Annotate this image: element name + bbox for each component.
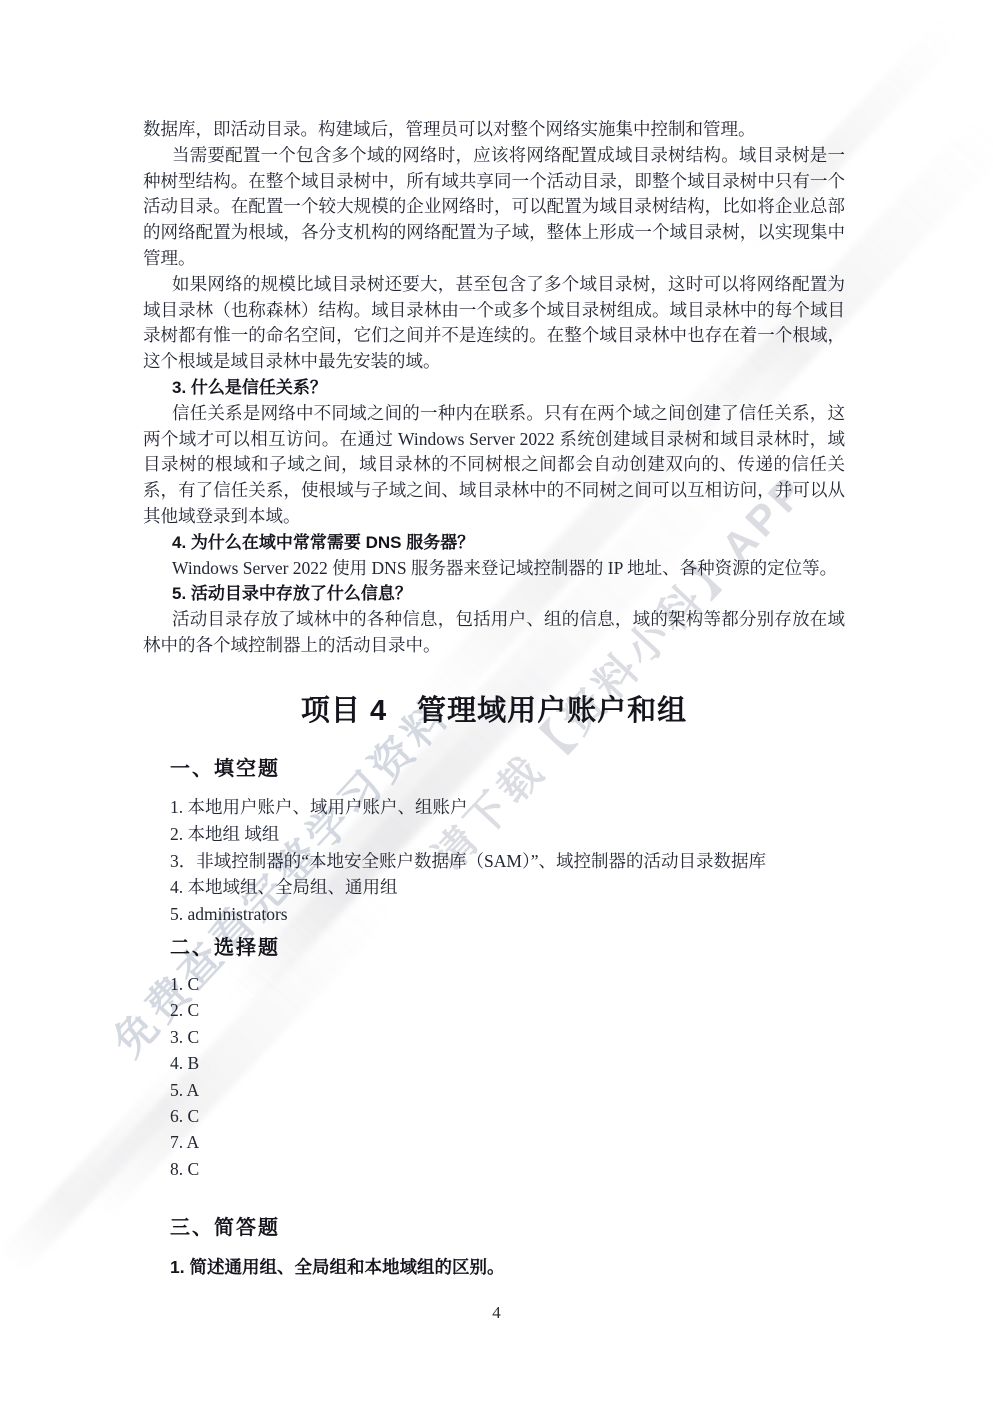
- page: { "doc": { "intro": { "p0": "数据库，即活动目录。构…: [0, 0, 993, 1404]
- fill-blanks-item: 1. 本地用户账户、域用户账户、组账户: [170, 794, 850, 821]
- chapter-title: 项目 4 管理域用户账户和组: [143, 691, 845, 731]
- choice-answer: 2. C: [170, 997, 850, 1023]
- choice-answer: 7. A: [170, 1129, 850, 1155]
- choice-answer: 4. B: [170, 1050, 850, 1076]
- page-number: 4: [0, 1301, 993, 1325]
- fill-blanks-item: 5. administrators: [170, 901, 850, 928]
- question-5-answer: 活动目录存放了域林中的各种信息，包括用户、组的信息，域的架构等都分别存放在域林中…: [143, 607, 845, 659]
- paragraph-domain-forest: 如果网络的规模比域目录树还要大，甚至包含了多个域目录树，这时可以将网络配置为域目…: [143, 272, 845, 375]
- section-heading-short-answer: 三、简答题: [170, 1216, 280, 1240]
- question-4-heading: 4. 为什么在域中常常需要 DNS 服务器？: [143, 530, 845, 556]
- multiple-choice-list: 1. C 2. C 3. C 4. B 5. A 6. C 7. A 8. C: [170, 971, 850, 1182]
- body-text: 数据库，即活动目录。构建域后，管理员可以对整个网络实施集中控制和管理。 当需要配…: [143, 117, 845, 659]
- section-heading-fill-blanks: 一、填空题: [170, 757, 280, 781]
- paragraph-domain-tree: 当需要配置一个包含多个域的网络时，应该将网络配置成域目录树结构。域目录树是一种树…: [143, 143, 845, 272]
- fill-blanks-item: 4. 本地域组、全局组、通用组: [170, 874, 850, 901]
- choice-answer: 8. C: [170, 1156, 850, 1182]
- choice-answer: 5. A: [170, 1077, 850, 1103]
- question-3-heading: 3. 什么是信任关系？: [143, 375, 845, 401]
- short-answer-question: 1. 简述通用组、全局组和本地域组的区别。: [170, 1254, 850, 1280]
- choice-answer: 3. C: [170, 1024, 850, 1050]
- choice-answer: 6. C: [170, 1103, 850, 1129]
- question-4-answer: Windows Server 2022 使用 DNS 服务器来登记域控制器的 I…: [143, 556, 845, 582]
- fill-blanks-item: 3．非域控制器的“本地安全账户数据库（SAM）”、域控制器的活动目录数据库: [170, 848, 850, 875]
- paragraph-intro-continuation: 数据库，即活动目录。构建域后，管理员可以对整个网络实施集中控制和管理。: [143, 117, 845, 143]
- choice-answer: 1. C: [170, 971, 850, 997]
- fill-blanks-item: 2. 本地组 域组: [170, 821, 850, 848]
- question-3-answer: 信任关系是网络中不同域之间的一种内在联系。只有在两个域之间创建了信任关系，这两个…: [143, 401, 845, 530]
- fill-blanks-list: 1. 本地用户账户、域用户账户、组账户 2. 本地组 域组 3．非域控制器的“本…: [170, 794, 850, 928]
- question-5-heading: 5. 活动目录中存放了什么信息？: [143, 581, 845, 607]
- section-heading-multiple-choice: 二、选择题: [170, 936, 280, 960]
